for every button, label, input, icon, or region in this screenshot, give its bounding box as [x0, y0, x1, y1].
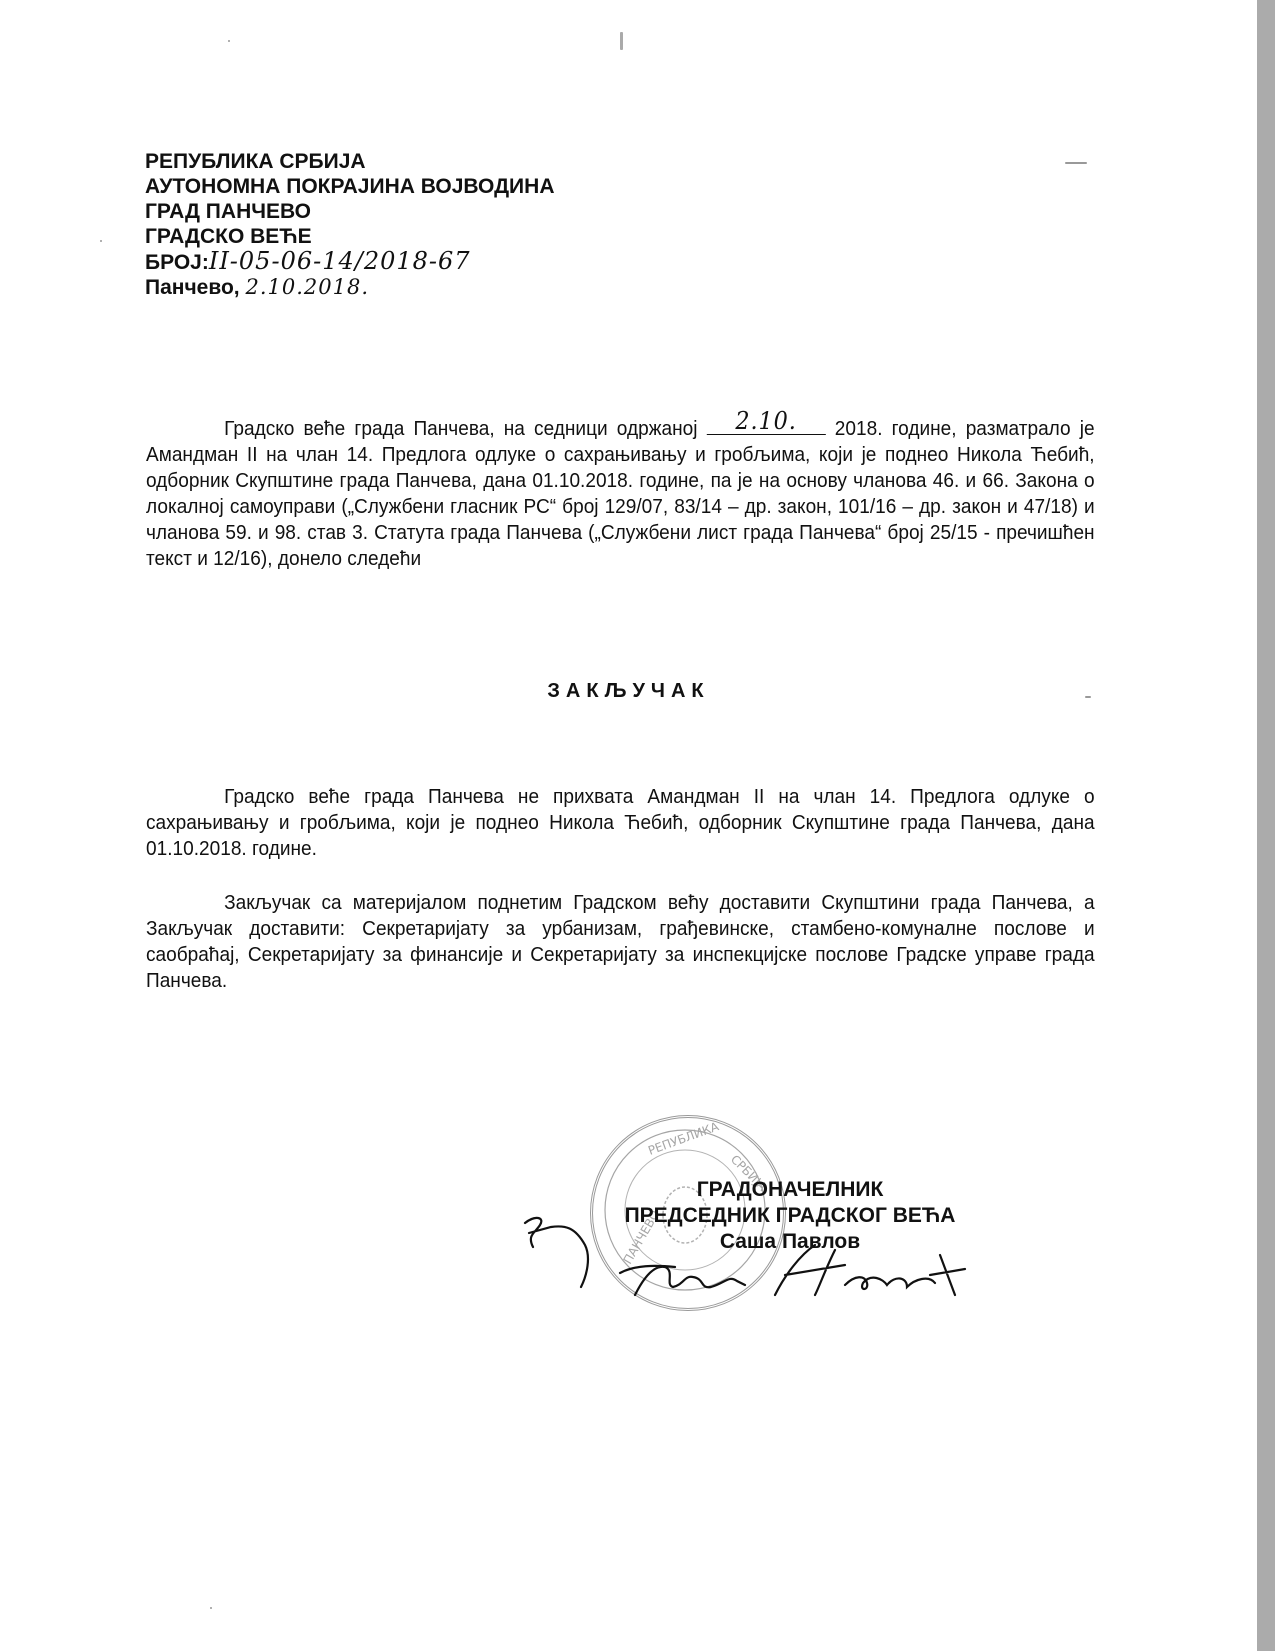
delivery-paragraph: Закључак са материјалом поднетим Градско… — [146, 890, 1095, 994]
header-city: ГРАД ПАНЧЕВО — [145, 199, 554, 224]
document-header: РЕПУБЛИКА СРБИЈА АУТОНОМНА ПОКРАЈИНА ВОЈ… — [145, 149, 554, 300]
place-label: Панчево, — [145, 276, 240, 299]
scan-speck — [228, 40, 230, 42]
scan-edge-strip — [1257, 0, 1275, 1651]
header-council: ГРАДСКО ВЕЋЕ — [145, 224, 554, 249]
conclusion-paragraph: Градско веће града Панчева не прихвата А… — [146, 784, 1095, 862]
conclusion-text: Градско веће града Панчева не прихвата А… — [146, 785, 1095, 860]
scan-speck — [1065, 162, 1087, 164]
preamble-before-blank: Градско веће града Панчева, на седници о… — [224, 417, 697, 440]
document-title: ЗАКЉУЧАК — [0, 680, 1257, 703]
delivery-text: Закључак са материјалом поднетим Градско… — [146, 891, 1095, 992]
preamble-paragraph: Градско веће града Панчева, на седници о… — [146, 412, 1095, 572]
session-date-blank: 2.10. — [707, 412, 826, 435]
number-label: БРОЈ: — [145, 251, 209, 274]
header-republic: РЕПУБЛИКА СРБИЈА — [145, 149, 554, 174]
scan-speck — [620, 32, 623, 50]
signature-icon — [515, 1195, 985, 1310]
session-date-handwritten: 2.10. — [707, 408, 826, 434]
scan-speck — [210, 1607, 212, 1609]
scan-speck — [100, 240, 102, 242]
svg-text:РЕПУБЛИКА: РЕПУБЛИКА — [646, 1119, 721, 1158]
header-province: АУТОНОМНА ПОКРАЈИНА ВОЈВОДИНА — [145, 174, 554, 199]
number-handwritten: II-05-06-14/2018-67 — [209, 247, 471, 275]
header-place-date: Панчево, 2.10.2018. — [145, 275, 554, 300]
date-handwritten: 2.10.2018. — [245, 275, 369, 299]
scan-speck — [1085, 696, 1091, 698]
header-number: БРОЈ:II-05-06-14/2018-67 — [145, 249, 554, 275]
